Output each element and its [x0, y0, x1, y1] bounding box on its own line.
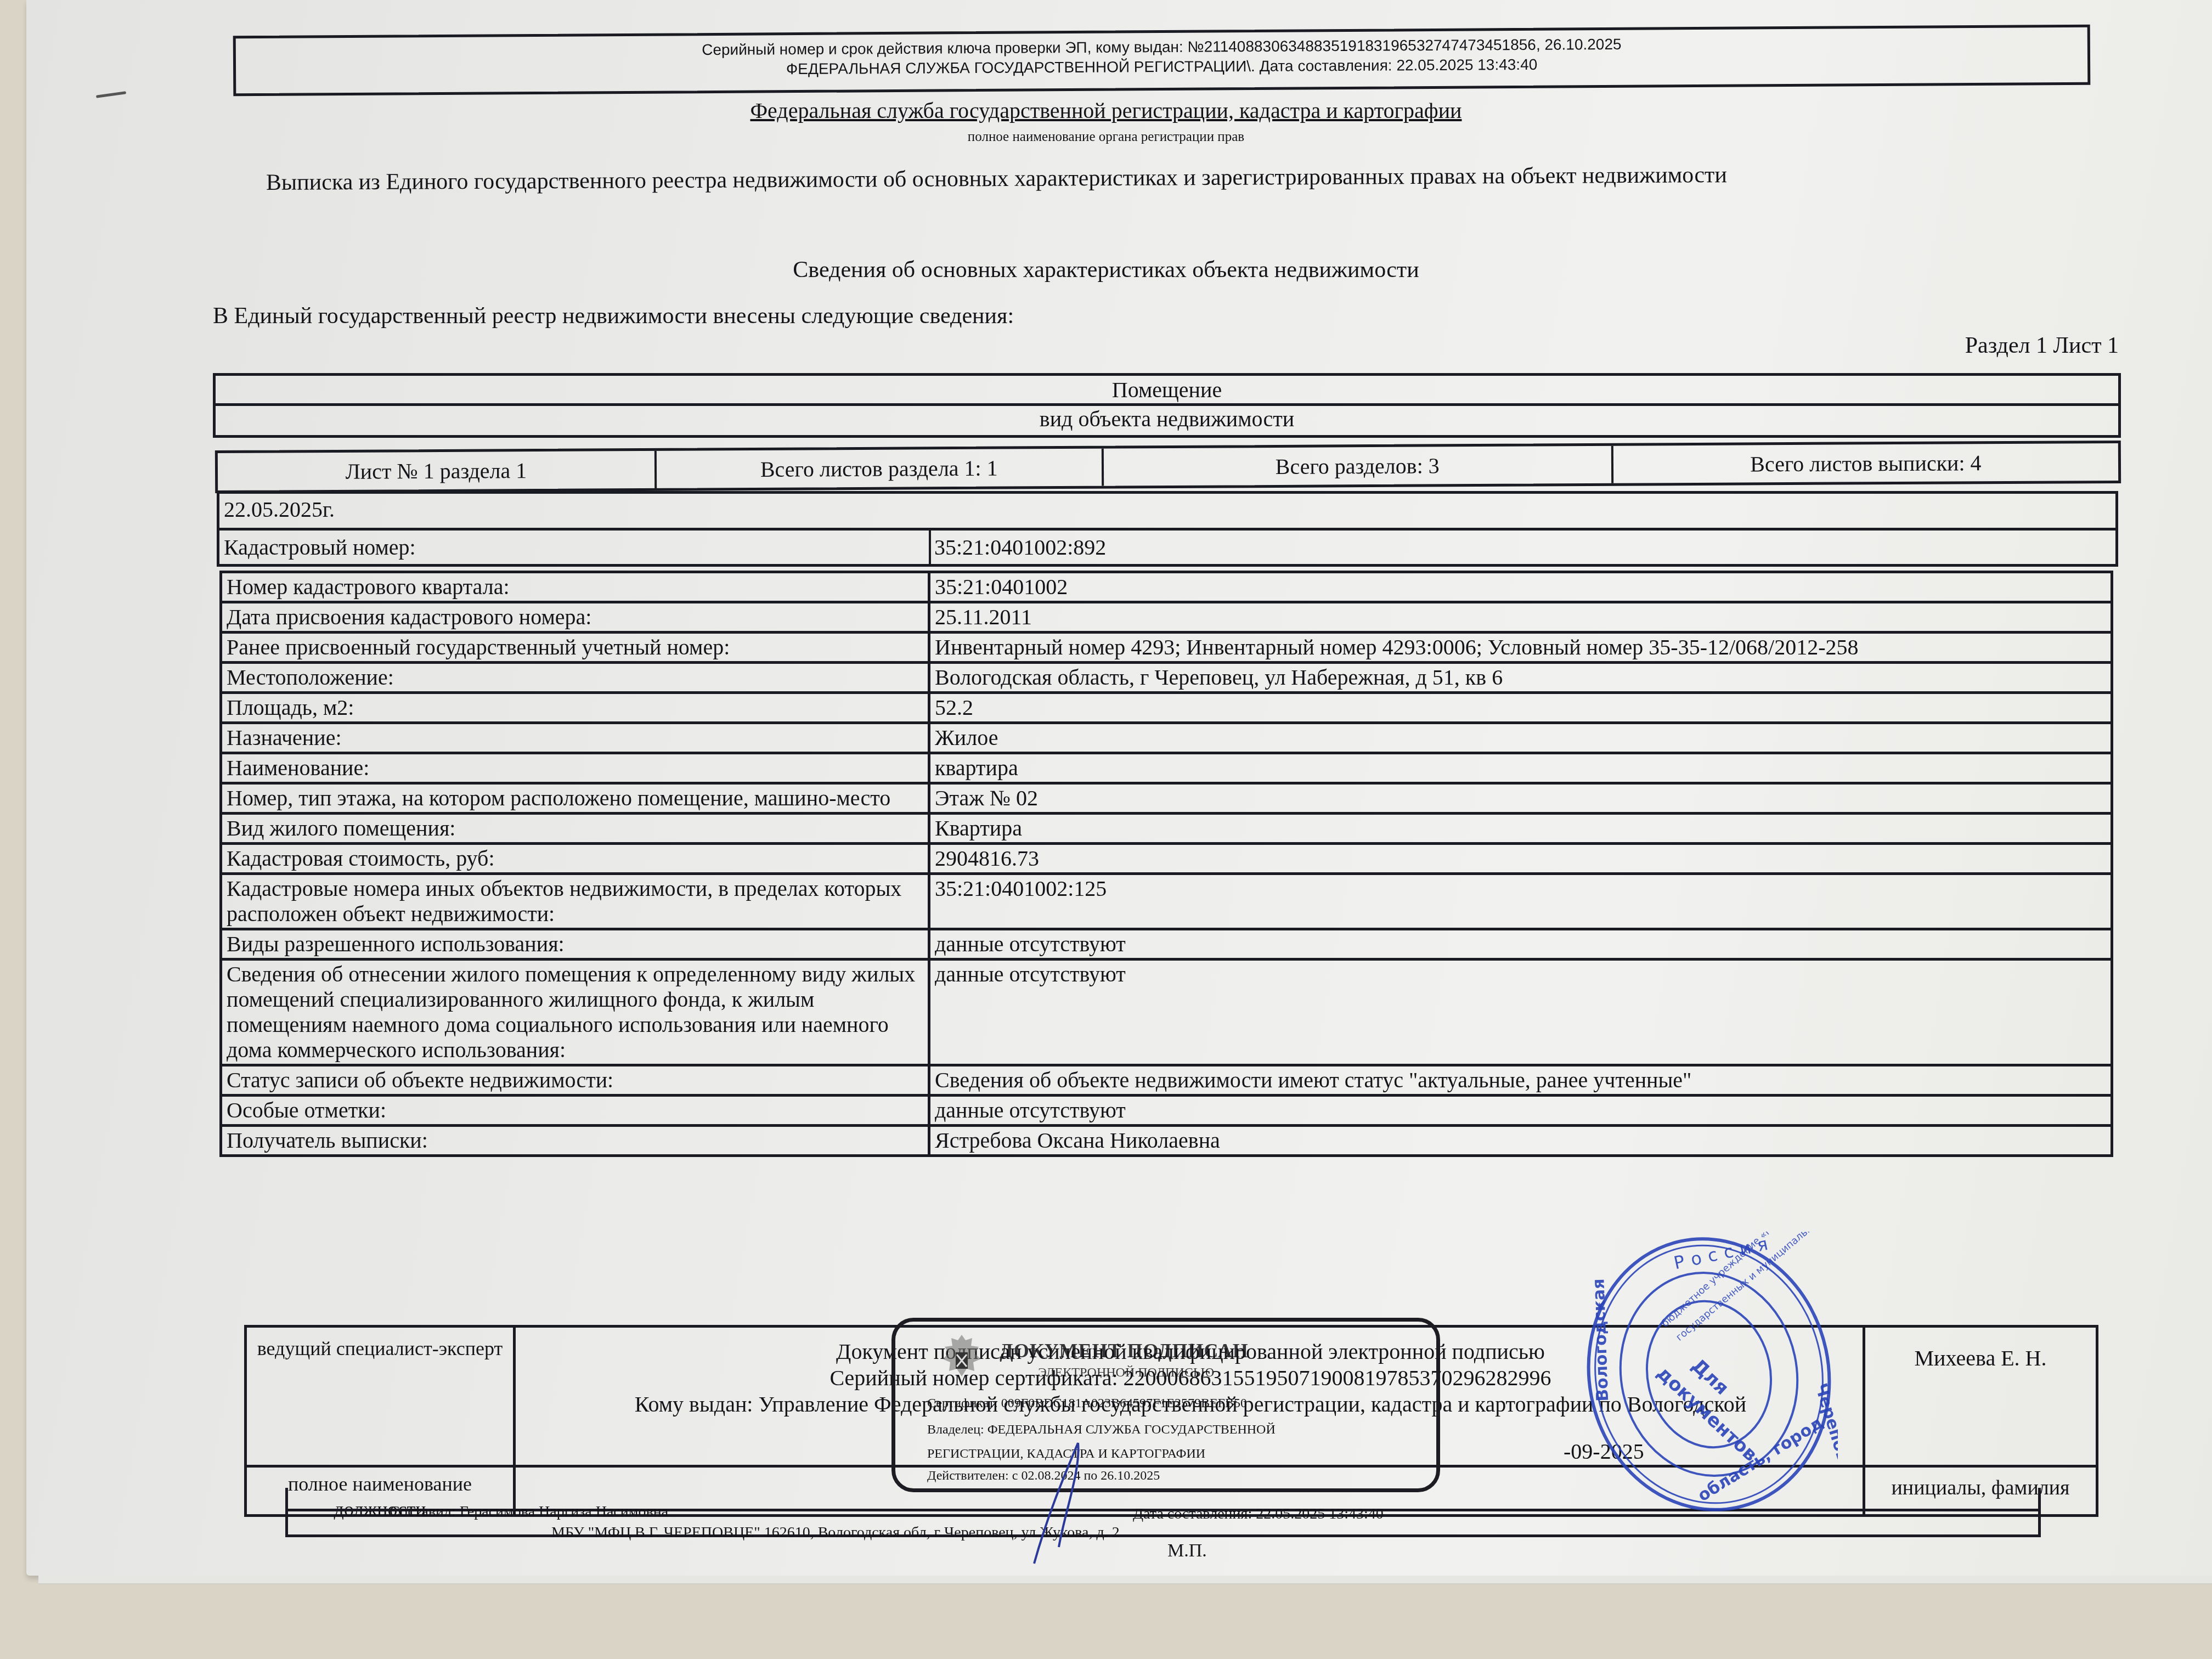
esig-stamp-owner-1: Владелец: ФЕДЕРАЛЬНАЯ СЛУЖБА ГОСУДАРСТВЕ… — [927, 1423, 1276, 1437]
object-type-caption-row: вид объекта недвижимости — [213, 405, 2121, 438]
date-cadastral-block: 22.05.2025г. Кадастровый номер: 35:21:04… — [217, 491, 2118, 567]
table-row: Особые отметки:данные отсутствуют — [221, 1096, 2112, 1126]
electronic-signature-stamp: ДОКУМЕНТ ПОДПИСАН ЭЛЕКТРОННОЙ ПОДПИСЬЮ С… — [891, 1318, 1440, 1492]
table-row: Площадь, м2:52.2 — [221, 693, 2112, 723]
object-type: Помещение — [1112, 377, 1222, 402]
object-type-caption: вид объекта недвижимости — [1040, 407, 1294, 431]
table-row: Кадастровая стоимость, руб:2904816.73 — [221, 844, 2112, 874]
section-sheet-label: Раздел 1 Лист 1 — [1965, 332, 2119, 359]
esig-stamp-title: ДОКУМЕНТ ПОДПИСАН — [1000, 1339, 1249, 1362]
svg-text:Вологодская: Вологодская — [1589, 1278, 1612, 1402]
table-row: Номер, тип этажа, на котором расположено… — [221, 783, 2112, 814]
table-row: Сведения об отнесении жилого помещения к… — [221, 960, 2112, 1065]
coat-of-arms-icon — [938, 1333, 985, 1387]
certificate-banner: Серийный номер и срок действия ключа про… — [233, 25, 2091, 97]
round-seal-stamp-icon: Россия * Вологодская область, город Чере… — [1580, 1232, 1838, 1517]
compiled-date: Дата составления: 22.05.2025 13:43:40 — [1133, 1505, 1384, 1523]
page-stack-edge — [38, 1576, 2212, 1584]
section-title: Сведения об основных характеристиках объ… — [0, 257, 2212, 283]
sheet-number-cell: Лист № 1 раздела 1 — [218, 451, 657, 490]
section-sheets-total-cell: Всего листов раздела 1: 1 — [657, 449, 1104, 488]
object-type-row: Помещение — [213, 373, 2121, 406]
intro-text: В Единый государственный реестр недвижим… — [213, 303, 1014, 329]
table-row: Номер кадастрового квартала:35:21:040100… — [221, 572, 2112, 602]
table-row: Назначение:Жилое — [221, 723, 2112, 753]
handwritten-signature-icon — [1026, 1437, 1092, 1569]
compiled-by: Составил: Герасимова Наргиза Насимовна — [390, 1503, 668, 1521]
org-name: Федеральная служба государственной регис… — [0, 98, 2212, 123]
sections-total-cell: Всего разделов: 3 — [1103, 446, 1613, 486]
org-name-caption: полное наименование органа регистрации п… — [0, 129, 2212, 145]
table-row: Кадастровые номера иных объектов недвижи… — [221, 874, 2112, 929]
esig-stamp-certificate: Сертификат: 009F0BDC181A023B64597F1E2579… — [927, 1396, 1247, 1411]
table-row: Наименование:квартира — [221, 753, 2112, 783]
characteristics-table: Номер кадастрового квартала:35:21:040100… — [219, 571, 2113, 1157]
table-row: Статус записи об объекте недвижимости:Св… — [221, 1065, 2112, 1096]
table-row: Получатель выписки:Ястребова Оксана Нико… — [221, 1126, 2112, 1156]
table-row: Местоположение:Вологодская область, г Че… — [221, 663, 2112, 693]
cadastral-number-value: 35:21:0401002:892 — [931, 531, 1106, 567]
signer-name: Михеева Е. Н. — [1865, 1345, 2096, 1371]
esig-stamp-subtitle: ЭЛЕКТРОННОЙ ПОДПИСЬЮ — [1038, 1365, 1214, 1380]
table-row: Виды разрешенного использования:данные о… — [221, 929, 2112, 960]
cadastral-number-label: Кадастровый номер: — [219, 531, 931, 567]
table-row: Ранее присвоенный государственный учетны… — [221, 633, 2112, 663]
seal-place-label: М.П. — [1167, 1541, 1207, 1561]
extract-date: 22.05.2025г. — [219, 494, 2115, 531]
extract-sheets-total-cell: Всего листов выписки: 4 — [1613, 443, 2119, 483]
cadastral-number-row: Кадастровый номер: 35:21:0401002:892 — [219, 531, 2115, 567]
table-row: Вид жилого помещения:Квартира — [221, 814, 2112, 844]
signer-role: ведущий специалист-эксперт — [247, 1334, 513, 1363]
table-row: Дата присвоения кадастрового номера:25.1… — [221, 602, 2112, 633]
